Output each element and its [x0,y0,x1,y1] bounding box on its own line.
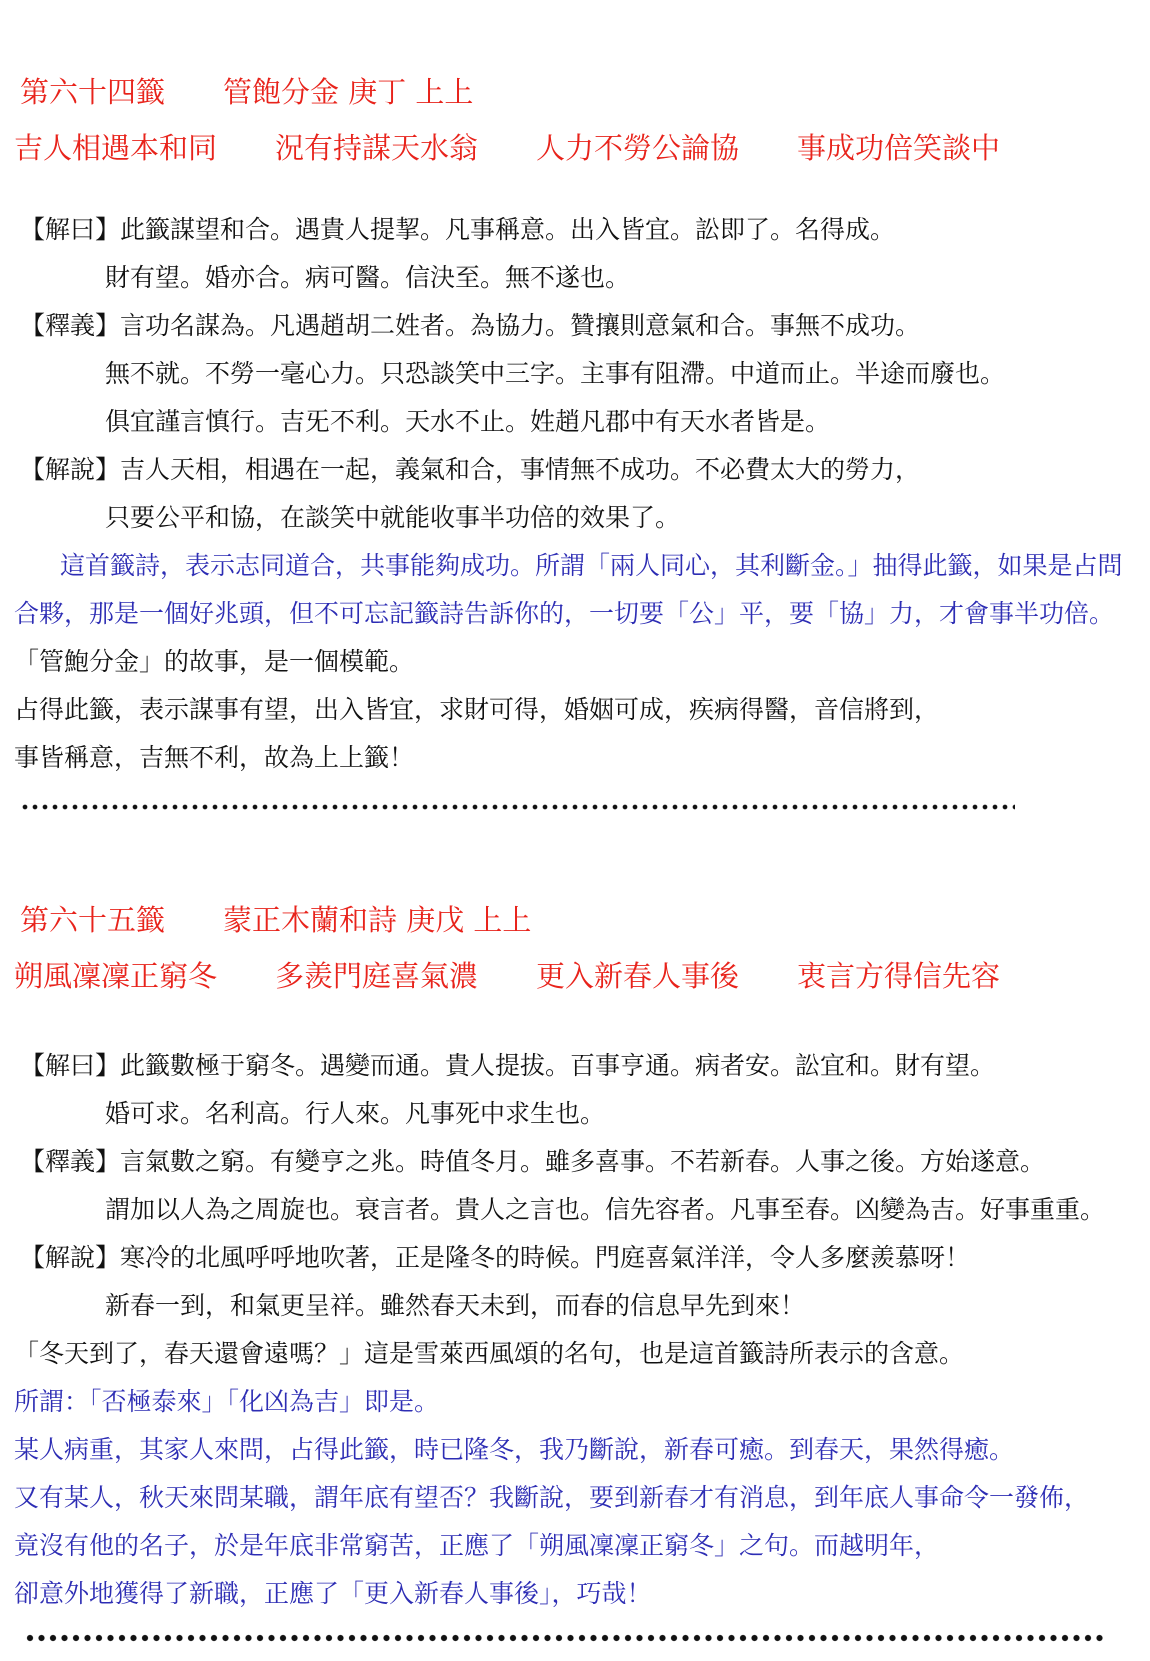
lot64-story-line: 「管鮑分金」的故事，是一個模範。 [14,638,1150,686]
lot65-shiyi-line-2: 謂加以人為之周旋也。衰言者。貴人之言也。信先容者。凡事至春。凶變為吉。好事重重。 [105,1186,1150,1234]
lot65-jieyue-line-1: 【解曰】此籤數極于窮冬。遇變而通。貴人提拔。百事亨通。病者安。訟宜和。財有望。 [20,1042,1150,1090]
lot65-jieshuo-line-2: 新春一到，和氣更呈祥。雖然春天未到，而春的信息早先到來！ [105,1282,1150,1330]
lot65-jieshuo-line-1: 【解說】寒冷的北風呼呼地吹著，正是隆冬的時候。門庭喜氣洋洋，令人多麼羨慕呀！ [20,1234,1150,1282]
lot65-note-line-4: 竟沒有他的名子，於是年底非常窮苦，正應了「朔風凜凜正窮冬」之句。而越明年， [14,1522,1150,1570]
lot65-note-line-3: 又有某人，秋天來問某職，謂年底有望否？我斷說，要到新春才有消息，到年底人事命令一… [14,1474,1150,1522]
lot64-jieshuo-line-1: 【解說】吉人天相，相遇在一起，義氣和合，事情無不成功。不必費太大的勞力， [20,446,1150,494]
lot-64-poem: 吉人相遇本和同 況有持謀天水翁 人力不勞公論協 事成功倍笑談中 [14,128,1150,168]
lot64-note-line-2: 合夥，那是一個好兆頭，但不可忘記籤詩告訴你的，一切要「公」平，要「協」力，才會事… [14,590,1150,638]
lot-64-section: 第六十四籤 管飽分金 庚丁 上上 吉人相遇本和同 況有持謀天水翁 人力不勞公論協… [14,72,1150,782]
lot65-note-line-5: 卻意外地獲得了新職，正應了「更入新春人事後」，巧哉！ [14,1570,1150,1618]
lot64-jieshuo-line-2: 只要公平和協，在談笑中就能收事半功倍的效果了。 [105,494,1150,542]
lot-65-title: 第六十五籤 蒙正木蘭和詩 庚戊 上上 [20,900,1150,940]
dotted-separator [20,802,1015,812]
lot64-summary-line-1: 占得此籤，表示謀事有望，出入皆宜，求財可得，婚姻可成，疾病得醫，音信將到， [14,686,1150,734]
lot65-note-line-1: 所謂：「否極泰來」「化凶為吉」即是。 [14,1378,1150,1426]
lot64-shiyi-line-2: 無不就。不勞一毫心力。只恐談笑中三字。主事有阻滯。中道而止。半途而廢也。 [105,350,1150,398]
lot64-shiyi-line-1: 【釋義】言功名謀為。凡遇趙胡二姓者。為協力。贊攘則意氣和合。事無不成功。 [20,302,1150,350]
fortune-lots-page: 第六十四籤 管飽分金 庚丁 上上 吉人相遇本和同 況有持謀天水翁 人力不勞公論協… [0,0,1150,1661]
lot-64-title: 第六十四籤 管飽分金 庚丁 上上 [20,72,1150,112]
lot65-shiyi-line-1: 【釋義】言氣數之窮。有變亨之兆。時值冬月。雖多喜事。不若新春。人事之後。方始遂意… [20,1138,1150,1186]
lot64-note-line-1: 這首籤詩，表示志同道合，共事能夠成功。所謂「兩人同心，其利斷金。」抽得此籤，如果… [60,542,1150,590]
lot-65-section: 第六十五籤 蒙正木蘭和詩 庚戊 上上 朔風凜凜正窮冬 多羨門庭喜氣濃 更入新春人… [14,900,1150,1618]
lot64-jieyue-line-2: 財有望。婚亦合。病可醫。信決至。無不遂也。 [105,254,1150,302]
dotted-separator-bottom [24,1632,1104,1644]
lot-65-poem: 朔風凜凜正窮冬 多羨門庭喜氣濃 更入新春人事後 衷言方得信先容 [14,956,1150,996]
lot-65-body: 【解曰】此籤數極于窮冬。遇變而通。貴人提拔。百事亨通。病者安。訟宜和。財有望。 … [14,1042,1150,1618]
lot65-jieyue-line-2: 婚可求。名利高。行人來。凡事死中求生也。 [105,1090,1150,1138]
lot64-jieyue-line-1: 【解曰】此籤謀望和合。遇貴人提挈。凡事稱意。出入皆宜。訟即了。名得成。 [20,206,1150,254]
lot64-shiyi-line-3: 俱宜謹言慎行。吉旡不利。天水不止。姓趙凡郡中有天水者皆是。 [105,398,1150,446]
lot-64-body: 【解曰】此籤謀望和合。遇貴人提挈。凡事稱意。出入皆宜。訟即了。名得成。 財有望。… [14,206,1150,782]
lot65-note-line-2: 某人病重，其家人來問，占得此籤，時已隆冬，我乃斷說，新春可癒。到春天，果然得癒。 [14,1426,1150,1474]
lot65-quote-line: 「冬天到了，春天還會遠嗎？」這是雪萊西風頌的名句，也是這首籤詩所表示的含意。 [14,1330,1150,1378]
lot64-summary-line-2: 事皆稱意，吉無不利，故為上上籤！ [14,734,1150,782]
